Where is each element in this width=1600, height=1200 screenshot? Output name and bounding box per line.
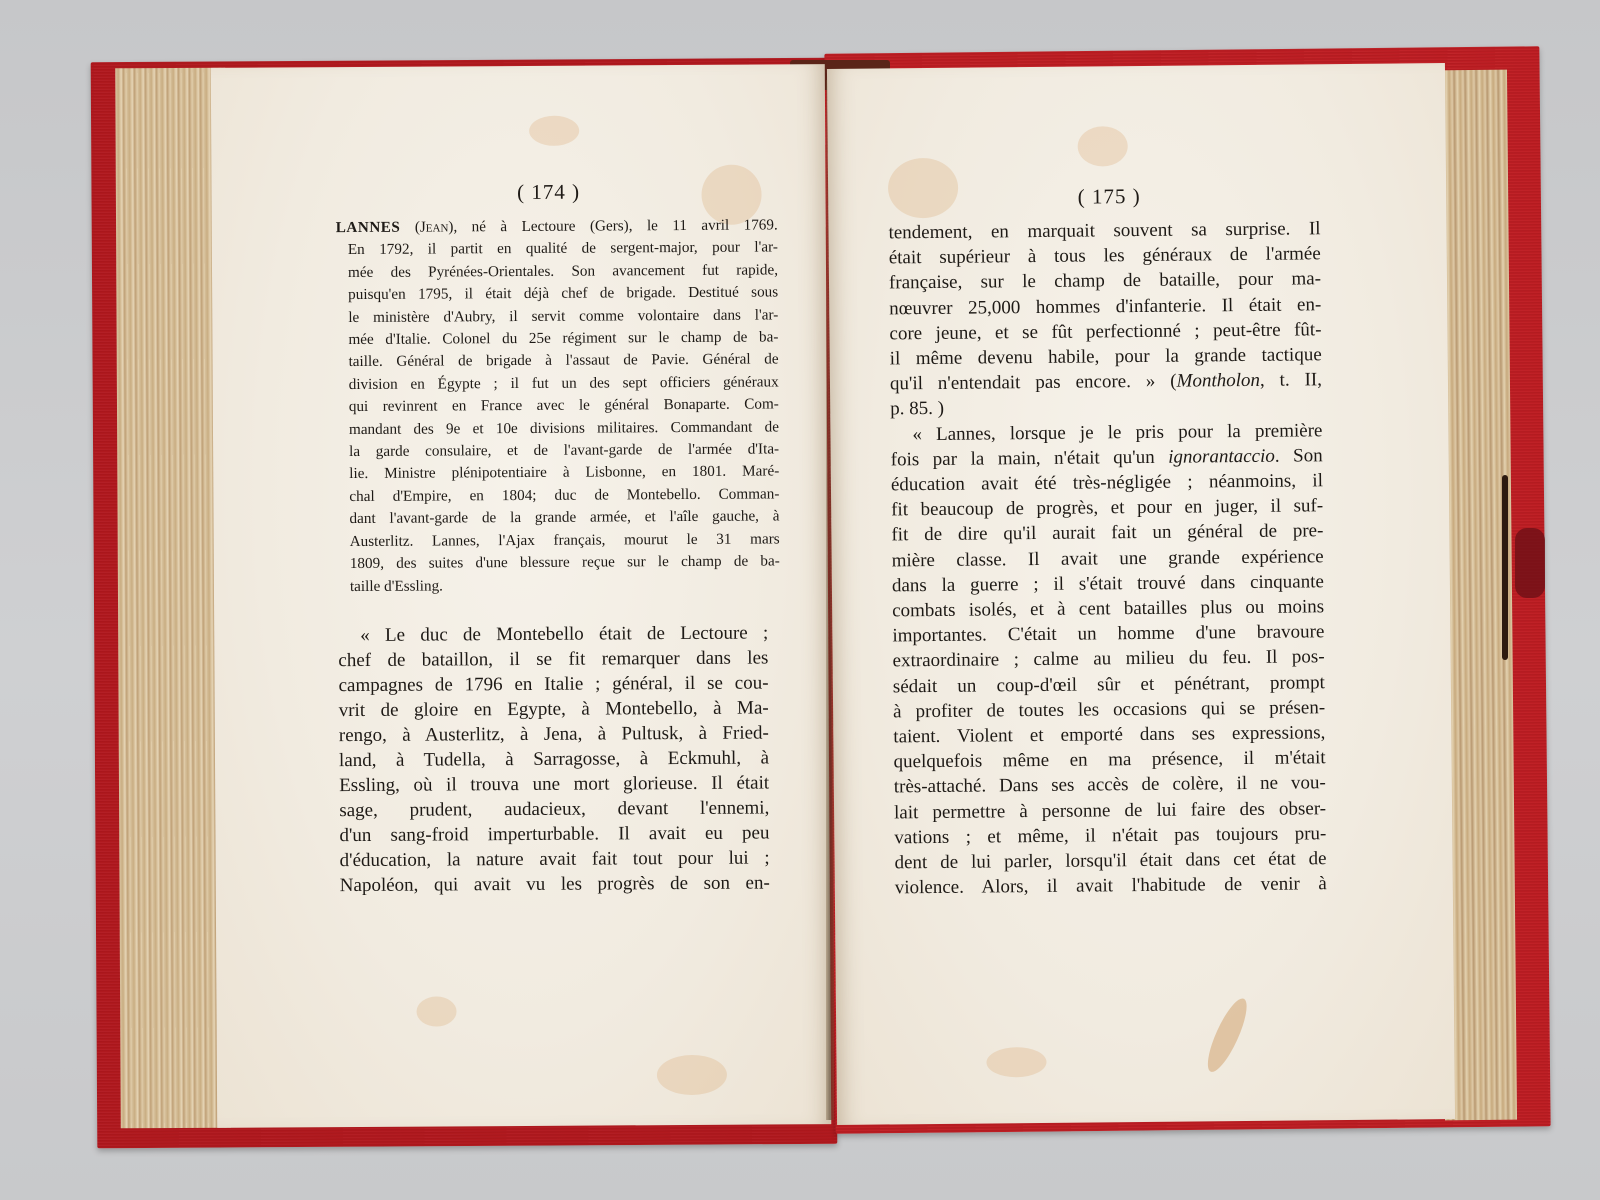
bio-line: 1809, des suites d'une blessure reçue su…	[350, 551, 780, 576]
bio-line: LANNES (Jean), né à Lectoure (Gers), le …	[336, 214, 778, 239]
bio-line: En 1792, il partit en qualité de sergent…	[348, 237, 778, 262]
text-line: mière classe. Il avait une grande expéri…	[892, 544, 1324, 573]
text-line: « Lannes, lorsque je le pris pour la pre…	[890, 418, 1322, 447]
italic-term: ignorantaccio	[1168, 446, 1275, 468]
bio-line: mandant des 9e et 10e divisions militair…	[349, 416, 779, 441]
bio-line: le ministère d'Aubry, il servit comme vo…	[348, 304, 778, 329]
foxing-spot	[1201, 994, 1254, 1076]
foxing-spot	[529, 116, 579, 146]
text-line: extraordinaire ; calme au milieu du feu.…	[893, 645, 1325, 674]
bio-line: chal d'Empire, en 1804; duc de Montebell…	[349, 483, 779, 508]
bio-line: Austerlitz. Lannes, l'Ajax français, mou…	[350, 528, 780, 553]
cover-stain	[1515, 528, 1545, 598]
foxing-spot	[657, 1055, 727, 1095]
citation-author: Montholon	[1176, 370, 1260, 392]
quote-line: d'un sang-froid imperturbable. Il avait …	[339, 820, 769, 848]
quote-line: rengo, à Austerlitz, à Jena, à Pultusk, …	[339, 720, 769, 748]
bio-line: la garde consulaire, et de l'avant-garde…	[349, 438, 779, 463]
quote-paragraph: « Le duc de Montebello était de Lectoure…	[338, 620, 770, 898]
text-line: qu'il n'entendait pas encore. » (Monthol…	[890, 367, 1322, 396]
bio-line: puisqu'en 1795, il était déjà chef de br…	[348, 282, 778, 307]
text-line: violence. Alors, il avait l'habitude de …	[895, 872, 1327, 901]
quote-line: land, à Tudella, à Sarragosse, à Eckmuhl…	[339, 745, 769, 773]
text-line: fit de dire qu'il aurait fait un général…	[891, 519, 1323, 548]
bio-line: division en Égypte ; il fut un des sept …	[349, 371, 779, 396]
bio-line: lie. Ministre plénipotentiaire à Lisbonn…	[349, 461, 779, 486]
text-line: nœuvrer 25,000 hommes d'infanterie. Il é…	[889, 292, 1321, 321]
bio-line: mée d'Italie. Colonel du 25e régiment su…	[348, 326, 778, 351]
bio-line: taille d'Essling.	[350, 573, 780, 598]
bio-line: mée des Pyrénées-Orientales. Son avancem…	[348, 259, 778, 284]
bio-line: dant l'avant-garde de la grande armée, e…	[349, 506, 779, 531]
bio-line: taille. Général de brigade à l'assaut de…	[349, 349, 779, 374]
foxing-spot	[1078, 126, 1128, 166]
right-page-text: tendement, en marquait souvent sa surpri…	[888, 216, 1327, 901]
foxing-spot	[986, 1047, 1046, 1078]
quote-line: Essling, où il trouva une mort glorieuse…	[339, 770, 769, 798]
bio-line: qui revinrent en France avec le général …	[349, 394, 779, 419]
page-number-174: ( 174 )	[241, 178, 855, 207]
quote-line: campagnes de 1796 en Italie ; général, i…	[338, 670, 768, 698]
foxing-spot	[416, 996, 456, 1026]
left-page: ( 174 ) LANNES (Jean), né à Lectoure (Ge…	[211, 64, 831, 1128]
quote-line: chef de bataillon, il se fit remarquer d…	[338, 645, 768, 673]
biographical-note: LANNES (Jean), né à Lectoure (Gers), le …	[348, 214, 780, 598]
quote-line: d'éducation, la nature avait fait tout p…	[340, 845, 770, 873]
right-page: ( 175 ) tendement, en marquait souvent s…	[827, 63, 1455, 1125]
text-line: sédait un coup-d'œil sûr et pénétrant, p…	[893, 670, 1325, 699]
text-line: très-attaché. Dans ses accès de colère, …	[894, 771, 1326, 800]
text-line: française, sur le champ de bataille, pou…	[889, 267, 1321, 296]
open-book: ( 174 ) LANNES (Jean), né à Lectoure (Ge…	[0, 0, 1600, 1200]
quote-line: « Le duc de Montebello était de Lectoure…	[338, 620, 768, 648]
quote-line: sage, prudent, audacieux, devant l'ennem…	[339, 795, 769, 823]
page-number-175: ( 175 )	[800, 181, 1418, 212]
quote-line: Napoléon, qui avait vu les progrès de so…	[340, 870, 770, 898]
page-edge-mark	[1502, 475, 1508, 660]
quote-line: vrit de gloire en Egypte, à Montebello, …	[339, 695, 769, 723]
